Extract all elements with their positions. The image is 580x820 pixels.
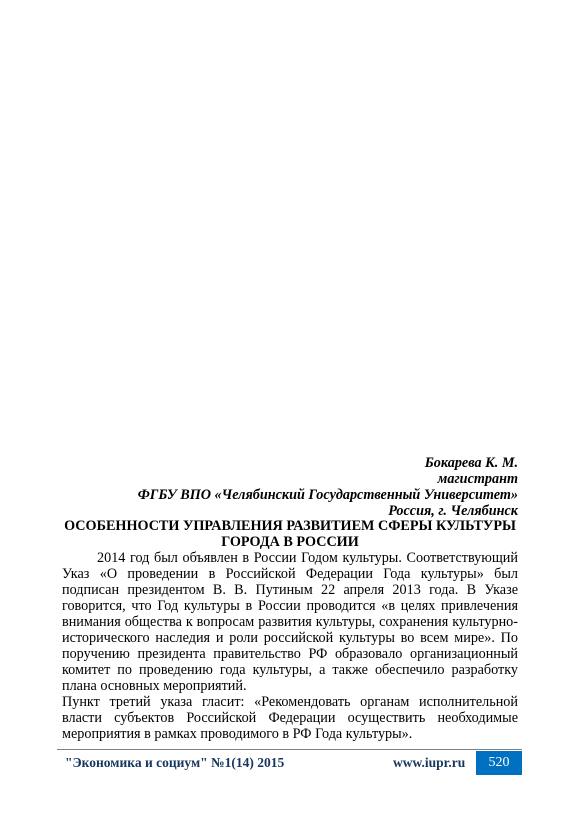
author-name: Бокарева К. М. <box>62 455 518 471</box>
footer-journal-title: "Экономика и социум" №1(14) 2015 <box>65 755 284 771</box>
article-title: ОСОБЕННОСТИ УПРАВЛЕНИЯ РАЗВИТИЕМ СФЕРЫ К… <box>62 519 518 550</box>
page-footer: "Экономика и социум" №1(14) 2015 www.iup… <box>57 749 522 776</box>
body-paragraph-2: Пункт третий указа гласит: «Рекомендоват… <box>62 694 518 742</box>
article-title-line-2: ГОРОДА В РОССИИ <box>62 535 518 551</box>
page-number-badge: 520 <box>476 751 522 775</box>
author-block: Бокарева К. М. магистрант ФГБУ ВПО «Челя… <box>62 455 518 519</box>
article-content: Бокарева К. М. магистрант ФГБУ ВПО «Челя… <box>62 455 518 742</box>
body-paragraph-1: 2014 год был объявлен в России Годом кул… <box>62 550 518 694</box>
document-page: Бокарева К. М. магистрант ФГБУ ВПО «Челя… <box>0 0 580 820</box>
author-location: Россия, г. Челябинск <box>62 503 518 519</box>
author-position: магистрант <box>62 471 518 487</box>
author-affiliation: ФГБУ ВПО «Челябинский Государственный Ун… <box>62 487 518 503</box>
article-title-line-1: ОСОБЕННОСТИ УПРАВЛЕНИЯ РАЗВИТИЕМ СФЕРЫ К… <box>62 519 518 535</box>
footer-website-link[interactable]: www.iupr.ru <box>393 755 465 771</box>
